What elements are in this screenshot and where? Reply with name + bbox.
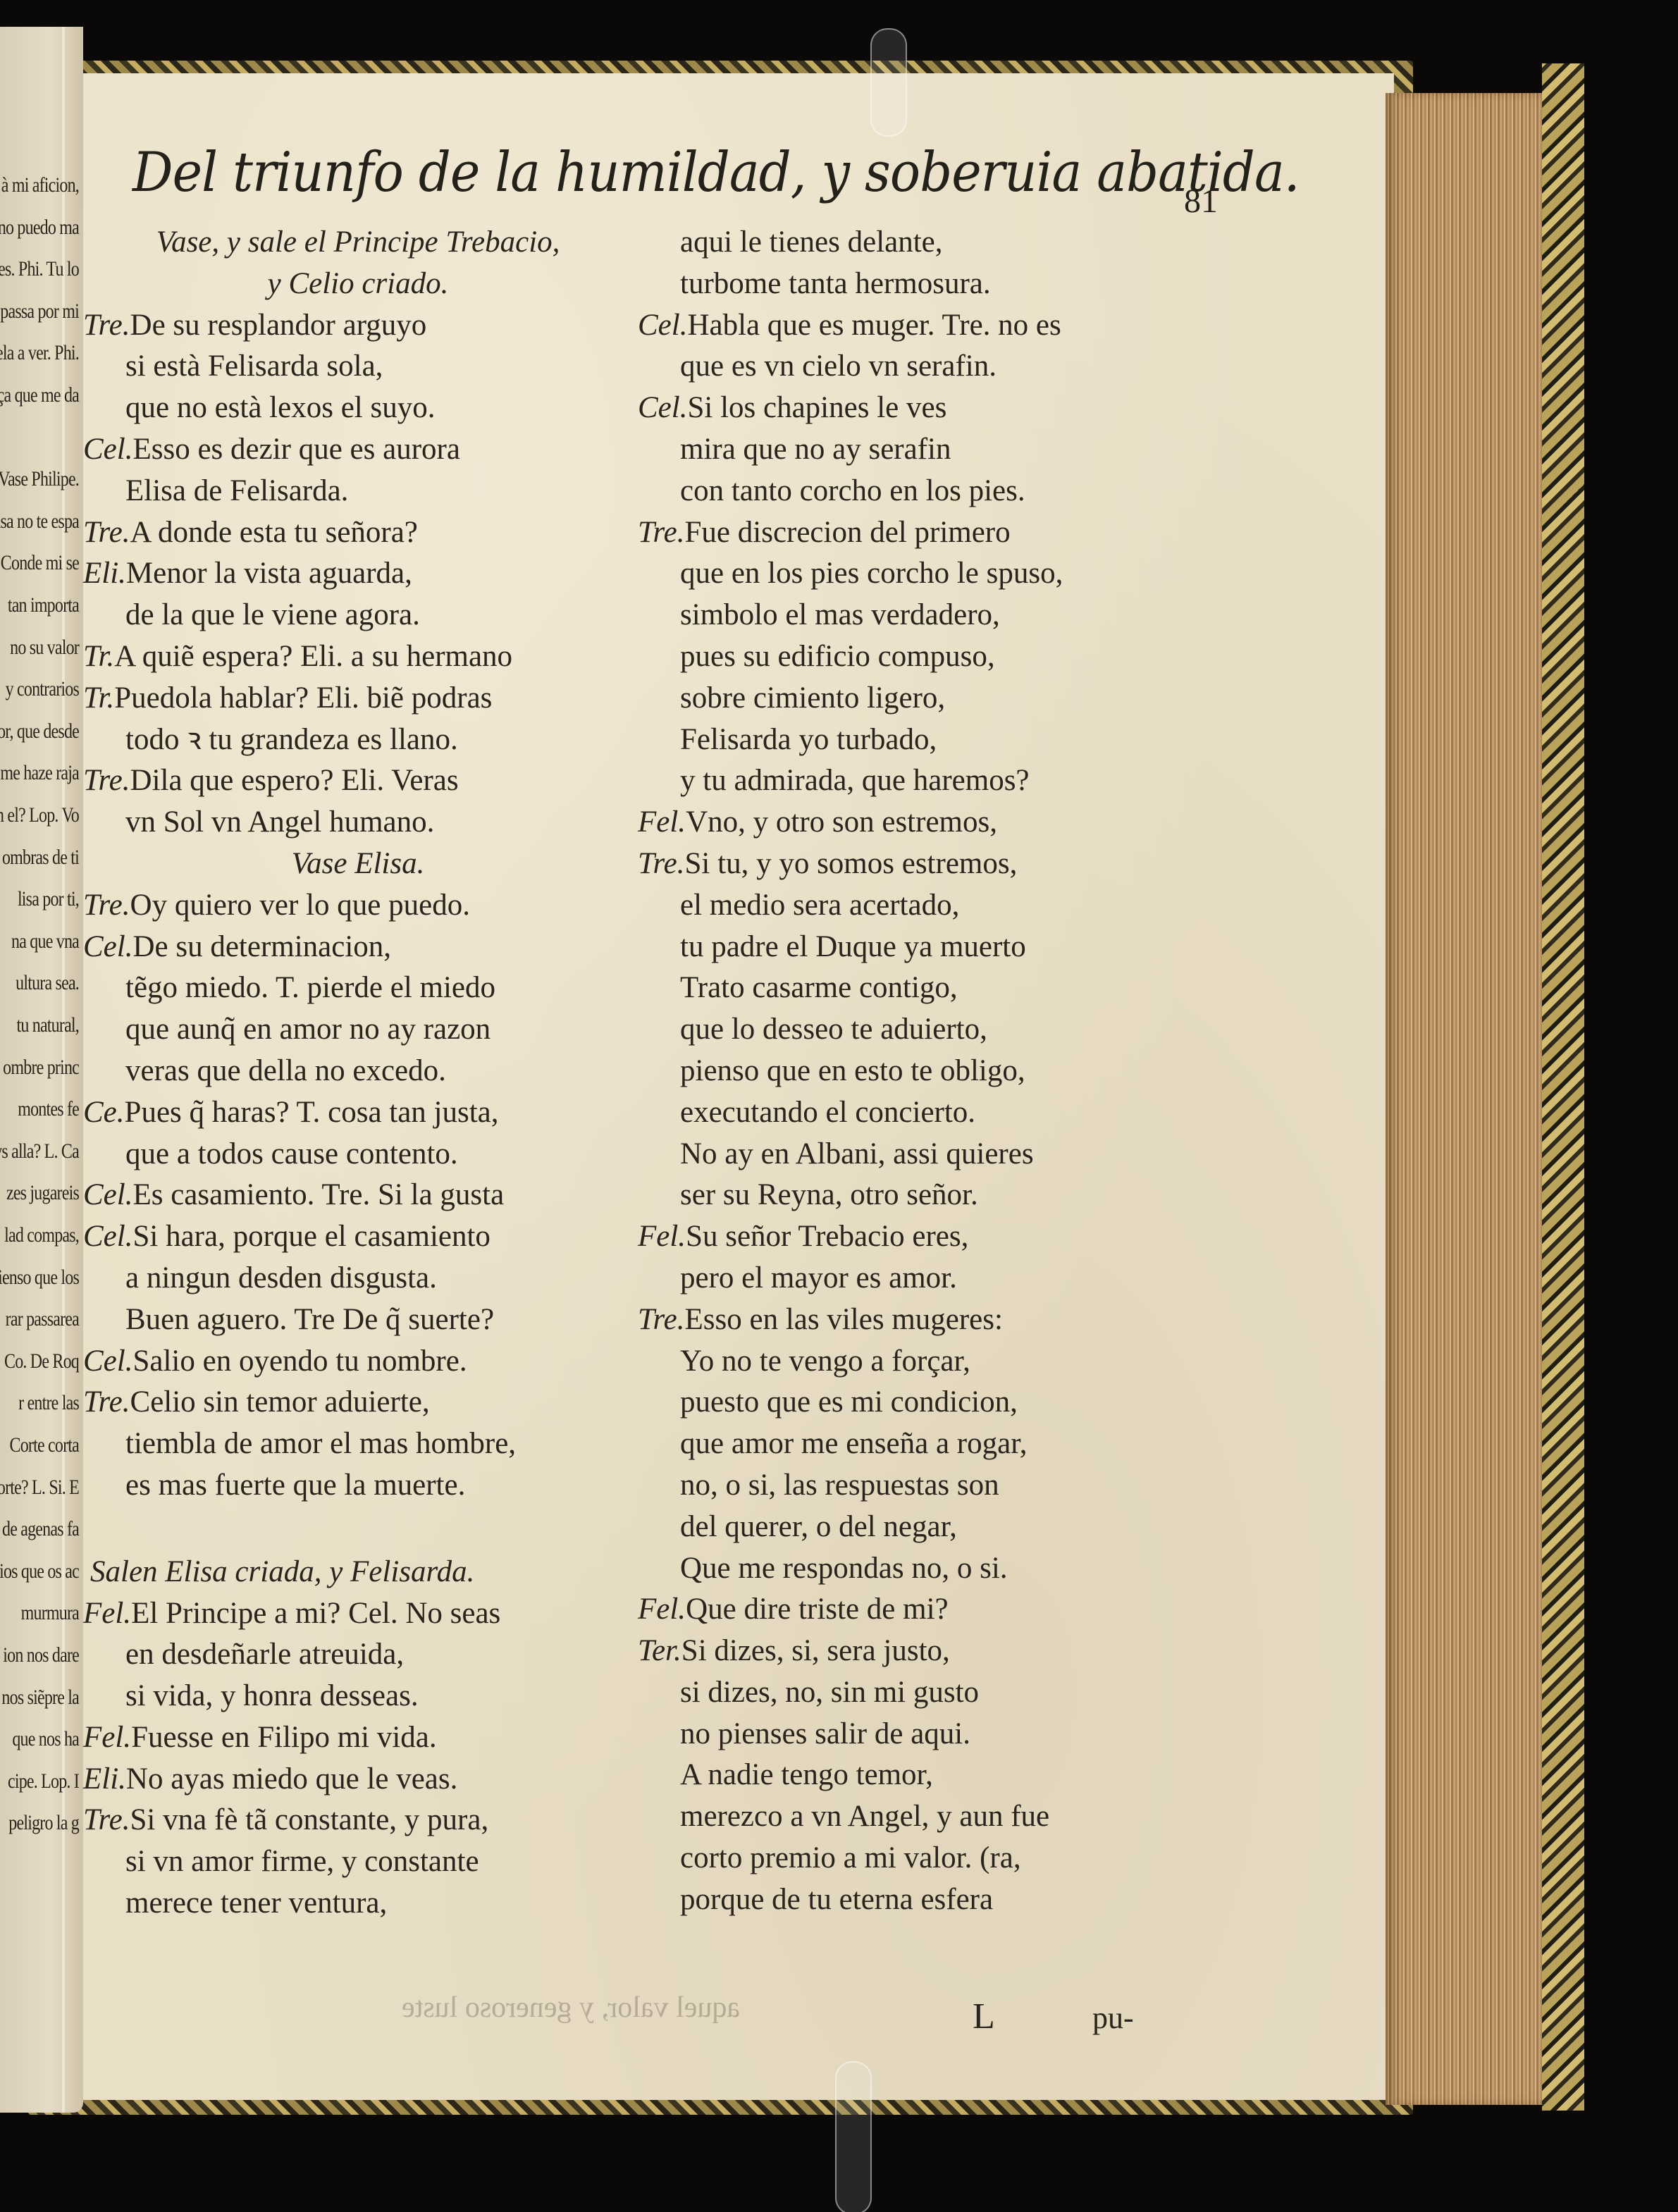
verse-line-with-speaker: Tre.De su resplandor arguyo bbox=[83, 305, 633, 347]
fragment-line: e no puedo ma bbox=[0, 216, 79, 240]
verse-text: Dila que espero? Eli. Veras bbox=[130, 764, 459, 797]
verse-text: Fue discrecion del primero bbox=[685, 516, 1011, 549]
verse-line-with-speaker: Tre.Dila que espero? Eli. Veras bbox=[83, 760, 633, 802]
verse-line-with-speaker: Cel.Si los chapines le ves bbox=[638, 388, 1216, 429]
verse-line: es mas fuerte que la muerte. bbox=[83, 1465, 633, 1507]
verse-line: si vida, y honra desseas. bbox=[83, 1676, 633, 1717]
verse-line: de la que le viene agora. bbox=[83, 595, 633, 636]
verse-line-with-speaker: Cel.Si hara, porque el casamiento bbox=[83, 1216, 633, 1258]
speaker-label: Cel. bbox=[83, 930, 132, 963]
verse-line: sobre cimiento ligero, bbox=[638, 678, 1216, 719]
speaker-label: Cel. bbox=[83, 433, 132, 466]
page-clip-bottom bbox=[835, 2061, 872, 2212]
verse-text: El Principe a mi? Cel. No seas bbox=[131, 1597, 500, 1630]
text-column-left: Vase, y sale el Principe Trebacio,y Celi… bbox=[83, 222, 633, 1924]
verse-line: que lo desseo te aduierto, bbox=[638, 1009, 1216, 1051]
verse-line: del querer, o del negar, bbox=[638, 1507, 1216, 1548]
verse-line-with-speaker: Tre.Celio sin temor aduierte, bbox=[83, 1382, 633, 1423]
fragment-line: tu natural, bbox=[0, 1013, 79, 1037]
fragment-line: me haze raja bbox=[0, 761, 79, 785]
fragment-line: des. Phi. Tu lo bbox=[0, 257, 79, 281]
verse-text: Vno, y otro son estremos, bbox=[686, 805, 997, 839]
verse-text: Si tu, y yo somos estremos, bbox=[685, 847, 1018, 880]
verse-line-with-speaker: Cel.Es casamiento. Tre. Si la gusta bbox=[83, 1175, 633, 1216]
fragment-line: ienso que los bbox=[0, 1266, 79, 1290]
verse-line-with-speaker: Fel.El Principe a mi? Cel. No seas bbox=[83, 1593, 633, 1635]
verse-line: todo ꝛ tu grandeza es llano. bbox=[83, 719, 633, 761]
fragment-line: que nos ha bbox=[0, 1727, 79, 1751]
speaker-label: Tr. bbox=[83, 681, 114, 715]
verse-line-with-speaker: Tr.A quiẽ espera? Eli. a su hermano bbox=[83, 636, 633, 678]
fragment-line: nça que me da bbox=[0, 383, 79, 407]
running-title: Del triunfo de la humildad, y soberuia a… bbox=[132, 141, 1300, 204]
fragment-line: ombras de ti bbox=[0, 846, 79, 870]
speaker-label: Tre. bbox=[638, 847, 685, 880]
fragment-line: peligro la g bbox=[0, 1811, 79, 1835]
speaker-label: Tre. bbox=[83, 1385, 130, 1419]
verse-line: pienso que en esto te obligo, bbox=[638, 1051, 1216, 1092]
verse-line-with-speaker: Tre.A donde esta tu señora? bbox=[83, 512, 633, 554]
verse-line-with-speaker: Cel.Salio en oyendo tu nombre. bbox=[83, 1341, 633, 1383]
verse-line: executando el concierto. bbox=[638, 1092, 1216, 1134]
verse-text: Si dizes, si, sera justo, bbox=[681, 1634, 950, 1667]
verse-text: No ayas miedo que le veas. bbox=[126, 1762, 457, 1796]
verse-text: Habla que es muger. Tre. no es bbox=[687, 309, 1061, 342]
fragment-line: montes fe bbox=[0, 1097, 79, 1121]
stage-direction: y Celio criado. bbox=[83, 264, 633, 305]
verse-line-with-speaker: Eli.No ayas miedo que le veas. bbox=[83, 1759, 633, 1800]
page-clip-top bbox=[870, 28, 907, 137]
speaker-label: Fel. bbox=[638, 805, 686, 839]
verse-line: corto premio a mi valor. (ra, bbox=[638, 1838, 1216, 1879]
verse-line: Trato casarme contigo, bbox=[638, 968, 1216, 1009]
verse-text: Si los chapines le ves bbox=[687, 391, 946, 424]
fragment-line: de agenas fa bbox=[0, 1517, 79, 1541]
verse-text: Que dire triste de mi? bbox=[686, 1593, 949, 1626]
speaker-label: Eli. bbox=[83, 557, 126, 590]
verse-line-with-speaker: Fel.Fuesse en Filipo mi vida. bbox=[83, 1717, 633, 1759]
verse-line-with-speaker: Fel.Que dire triste de mi? bbox=[638, 1589, 1216, 1631]
fragment-line: y contrarios bbox=[0, 677, 79, 701]
fragment-line: cipe. Lop. I bbox=[0, 1769, 79, 1793]
fragment-line: nos siẽpre la bbox=[0, 1686, 79, 1710]
verse-line: tiembla de amor el mas hombre, bbox=[83, 1423, 633, 1465]
verse-text: A donde esta tu señora? bbox=[130, 516, 418, 549]
verse-line-with-speaker: Eli.Menor la vista aguarda, bbox=[83, 553, 633, 595]
verse-text: Celio sin temor aduierte, bbox=[130, 1385, 430, 1419]
verse-line-with-speaker: Cel.De su determinacion, bbox=[83, 927, 633, 968]
verse-line: Yo no te vengo a forçar, bbox=[638, 1341, 1216, 1383]
fragment-line: lisa por ti, bbox=[0, 887, 79, 911]
fragment-line: es à mi aficion, bbox=[0, 173, 79, 197]
catchword: pu- bbox=[1092, 2000, 1134, 2036]
page-number: 81 bbox=[1184, 182, 1218, 221]
speaker-label: Tre. bbox=[83, 516, 130, 549]
verse-line-with-speaker: Tre.Si vna fè tã constante, y pura, bbox=[83, 1800, 633, 1841]
fragment-line: ela a ver. Phi. bbox=[0, 341, 79, 365]
verse-line: pues su edificio compuso, bbox=[638, 636, 1216, 678]
speaker-label: Tre. bbox=[83, 1803, 130, 1836]
verse-line: pero el mayor es amor. bbox=[638, 1258, 1216, 1299]
fragment-line: n el? Lop. Vo bbox=[0, 803, 79, 827]
speaker-label: Eli. bbox=[83, 1762, 126, 1796]
verse-text: Oy quiero ver lo que puedo. bbox=[130, 889, 470, 922]
fragment-line: lad compas, bbox=[0, 1223, 79, 1247]
verse-line: que es vn cielo vn serafin. bbox=[638, 346, 1216, 388]
fragment-line: Co. De Roq bbox=[0, 1349, 79, 1373]
verse-line: ser su Reyna, otro señor. bbox=[638, 1175, 1216, 1216]
verse-line: Felisarda yo turbado, bbox=[638, 719, 1216, 761]
verse-line-with-speaker: Tr.Puedola hablar? Eli. biẽ podras bbox=[83, 678, 633, 719]
verse-text: Esso en las viles mugeres: bbox=[685, 1303, 1003, 1336]
fragment-line: ultura sea. bbox=[0, 971, 79, 995]
speaker-label: Fel. bbox=[638, 1593, 686, 1626]
fragment-line: e passa por mi bbox=[0, 299, 79, 323]
verse-line: merezco a vn Angel, y aun fue bbox=[638, 1796, 1216, 1838]
fragment-line: l Conde mi se bbox=[0, 551, 79, 575]
verse-line: A nadie tengo temor, bbox=[638, 1755, 1216, 1796]
verse-text: Puedola hablar? Eli. biẽ podras bbox=[114, 681, 492, 715]
fragment-line: Corte corta bbox=[0, 1433, 79, 1457]
fragment-line: Vase Philipe. bbox=[0, 467, 79, 491]
stage-direction: Vase Elisa. bbox=[83, 844, 633, 885]
text-column-right: aqui le tienes delante,turbome tanta her… bbox=[638, 222, 1216, 1921]
verse-text: Pues q̃ haras? T. cosa tan justa, bbox=[125, 1096, 499, 1129]
verse-line: y tu admirada, que haremos? bbox=[638, 760, 1216, 802]
stage-direction: Salen Elisa criada, y Felisarda. bbox=[83, 1552, 633, 1593]
verse-line: que a todos cause contento. bbox=[83, 1134, 633, 1175]
verse-line: a ningun desden disgusta. bbox=[83, 1258, 633, 1299]
stage-direction: Vase, y sale el Principe Trebacio, bbox=[83, 222, 633, 264]
fragment-line: isa no te espa bbox=[0, 509, 79, 533]
fragment-line: orte? L. Si. E bbox=[0, 1476, 79, 1500]
verse-line: con tanto corcho en los pies. bbox=[638, 471, 1216, 512]
speaker-label: Tre. bbox=[638, 1303, 685, 1336]
verse-line: si dizes, no, sin mi gusto bbox=[638, 1672, 1216, 1714]
speaker-label: Cel. bbox=[638, 391, 687, 424]
speaker-label: Tr. bbox=[83, 640, 114, 673]
verse-line: tẽgo miedo. T. pierde el miedo bbox=[83, 968, 633, 1009]
page-fore-edge bbox=[1386, 93, 1542, 2105]
verse-line: que amor me enseña a rogar, bbox=[638, 1423, 1216, 1465]
verse-text: Si vna fè tã constante, y pura, bbox=[130, 1803, 489, 1836]
fragment-line: no su valor bbox=[0, 636, 79, 660]
verse-line: porque de tu eterna esfera bbox=[638, 1879, 1216, 1921]
speaker-label: Cel. bbox=[83, 1220, 132, 1253]
verse-line-with-speaker: Tre.Esso en las viles mugeres: bbox=[638, 1299, 1216, 1341]
speaker-label: Tre. bbox=[638, 516, 685, 549]
verse-line: no, o si, las respuestas son bbox=[638, 1465, 1216, 1507]
speaker-label: Ce. bbox=[83, 1096, 125, 1129]
fragment-line: r entre las bbox=[0, 1391, 79, 1415]
verse-line-with-speaker: Ce.Pues q̃ haras? T. cosa tan justa, bbox=[83, 1092, 633, 1134]
verse-line: veras que della no excedo. bbox=[83, 1051, 633, 1092]
verse-line: si vn amor firme, y constante bbox=[83, 1841, 633, 1883]
verse-line: puesto que es mi condicion, bbox=[638, 1382, 1216, 1423]
running-header: Del triunfo de la humildad, y soberuia a… bbox=[132, 141, 1218, 218]
verse-line: que no està lexos el suyo. bbox=[83, 388, 633, 429]
verse-text: Si hara, porque el casamiento bbox=[132, 1220, 490, 1253]
verse-line: que en los pies corcho le spuso, bbox=[638, 553, 1216, 595]
verse-line-with-speaker: Tre.Oy quiero ver lo que puedo. bbox=[83, 885, 633, 927]
fragment-line: zes jugareis bbox=[0, 1181, 79, 1205]
speaker-label: Cel. bbox=[638, 309, 687, 342]
speaker-label: Tre. bbox=[83, 889, 130, 922]
fragment-line: or, que desde bbox=[0, 719, 79, 743]
verse-line-with-speaker: Cel.Habla que es muger. Tre. no es bbox=[638, 305, 1216, 347]
gilt-binding-right-edge bbox=[1542, 63, 1584, 2111]
verse-text: A quiẽ espera? Eli. a su hermano bbox=[114, 640, 512, 673]
verse-text: Esso es dezir que es aurora bbox=[132, 433, 459, 466]
fragment-line: murmura bbox=[0, 1601, 79, 1625]
verse-line: aqui le tienes delante, bbox=[638, 222, 1216, 264]
verse-line: en desdeñarle atreuida, bbox=[83, 1634, 633, 1676]
speaker-label: Tre. bbox=[83, 764, 130, 797]
verse-text: Es casamiento. Tre. Si la gusta bbox=[132, 1178, 504, 1211]
verse-line: si està Felisarda sola, bbox=[83, 346, 633, 388]
verse-line-with-speaker: Ter.Si dizes, si, sera justo, bbox=[638, 1631, 1216, 1672]
fragment-line: ombre princ bbox=[0, 1056, 79, 1080]
verse-line: mira que no ay serafin bbox=[638, 429, 1216, 471]
speaker-label: Fel. bbox=[83, 1597, 131, 1630]
verse-line-with-speaker: Fel.Vno, y otro son estremos, bbox=[638, 802, 1216, 844]
fragment-line: ys alla? L. Ca bbox=[0, 1139, 79, 1163]
speaker-label: Fel. bbox=[83, 1721, 131, 1754]
verse-text: Fuesse en Filipo mi vida. bbox=[131, 1721, 437, 1754]
signature-mark: L bbox=[973, 1996, 995, 2037]
verse-line: simbolo el mas verdadero, bbox=[638, 595, 1216, 636]
verse-text: De su resplandor arguyo bbox=[130, 309, 427, 342]
verse-text: Menor la vista aguarda, bbox=[126, 557, 412, 590]
fragment-line: ion nos dare bbox=[0, 1643, 79, 1667]
verse-line: Buen aguero. Tre De q̃ suerte? bbox=[83, 1299, 633, 1341]
fragment-line: tan importa bbox=[0, 593, 79, 617]
verse-line: no pienses salir de aqui. bbox=[638, 1714, 1216, 1755]
verse-line: No ay en Albani, assi quieres bbox=[638, 1134, 1216, 1175]
verse-line: Elisa de Felisarda. bbox=[83, 471, 633, 512]
verse-line: Que me respondas no, o si. bbox=[638, 1548, 1216, 1590]
verse-line: vn Sol vn Angel humano. bbox=[83, 802, 633, 844]
fragment-line: rar passarea bbox=[0, 1307, 79, 1331]
previous-page-fragment: es à mi aficion,e no puedo mades. Phi. T… bbox=[0, 27, 83, 2113]
verse-line: turbome tanta hermosura. bbox=[638, 264, 1216, 305]
speaker-label: Cel. bbox=[83, 1178, 132, 1211]
fragment-line: na que vna bbox=[0, 929, 79, 953]
verse-line: el medio sera acertado, bbox=[638, 885, 1216, 927]
verse-line: merece tener ventura, bbox=[83, 1883, 633, 1924]
section-gap bbox=[83, 1507, 633, 1552]
speaker-label: Fel. bbox=[638, 1220, 686, 1253]
verse-line-with-speaker: Tre.Si tu, y yo somos estremos, bbox=[638, 844, 1216, 885]
speaker-label: Ter. bbox=[638, 1634, 681, 1667]
verse-text: Su señor Trebacio eres, bbox=[686, 1220, 968, 1253]
speaker-label: Tre. bbox=[83, 309, 130, 342]
verse-line-with-speaker: Fel.Su señor Trebacio eres, bbox=[638, 1216, 1216, 1258]
verse-line: que aunq̃ en amor no ay razon bbox=[83, 1009, 633, 1051]
verse-line: tu padre el Duque ya muerto bbox=[638, 927, 1216, 968]
verse-line-with-speaker: Cel.Esso es dezir que es aurora bbox=[83, 429, 633, 471]
bleed-through-text: aquel valor, y generoso luste bbox=[402, 1991, 740, 2025]
verse-text: Salio en oyendo tu nombre. bbox=[132, 1345, 467, 1378]
fragment-line: ios que os ac bbox=[0, 1559, 79, 1583]
verse-text: De su determinacion, bbox=[132, 930, 391, 963]
speaker-label: Cel. bbox=[83, 1345, 132, 1378]
verse-line-with-speaker: Tre.Fue discrecion del primero bbox=[638, 512, 1216, 554]
